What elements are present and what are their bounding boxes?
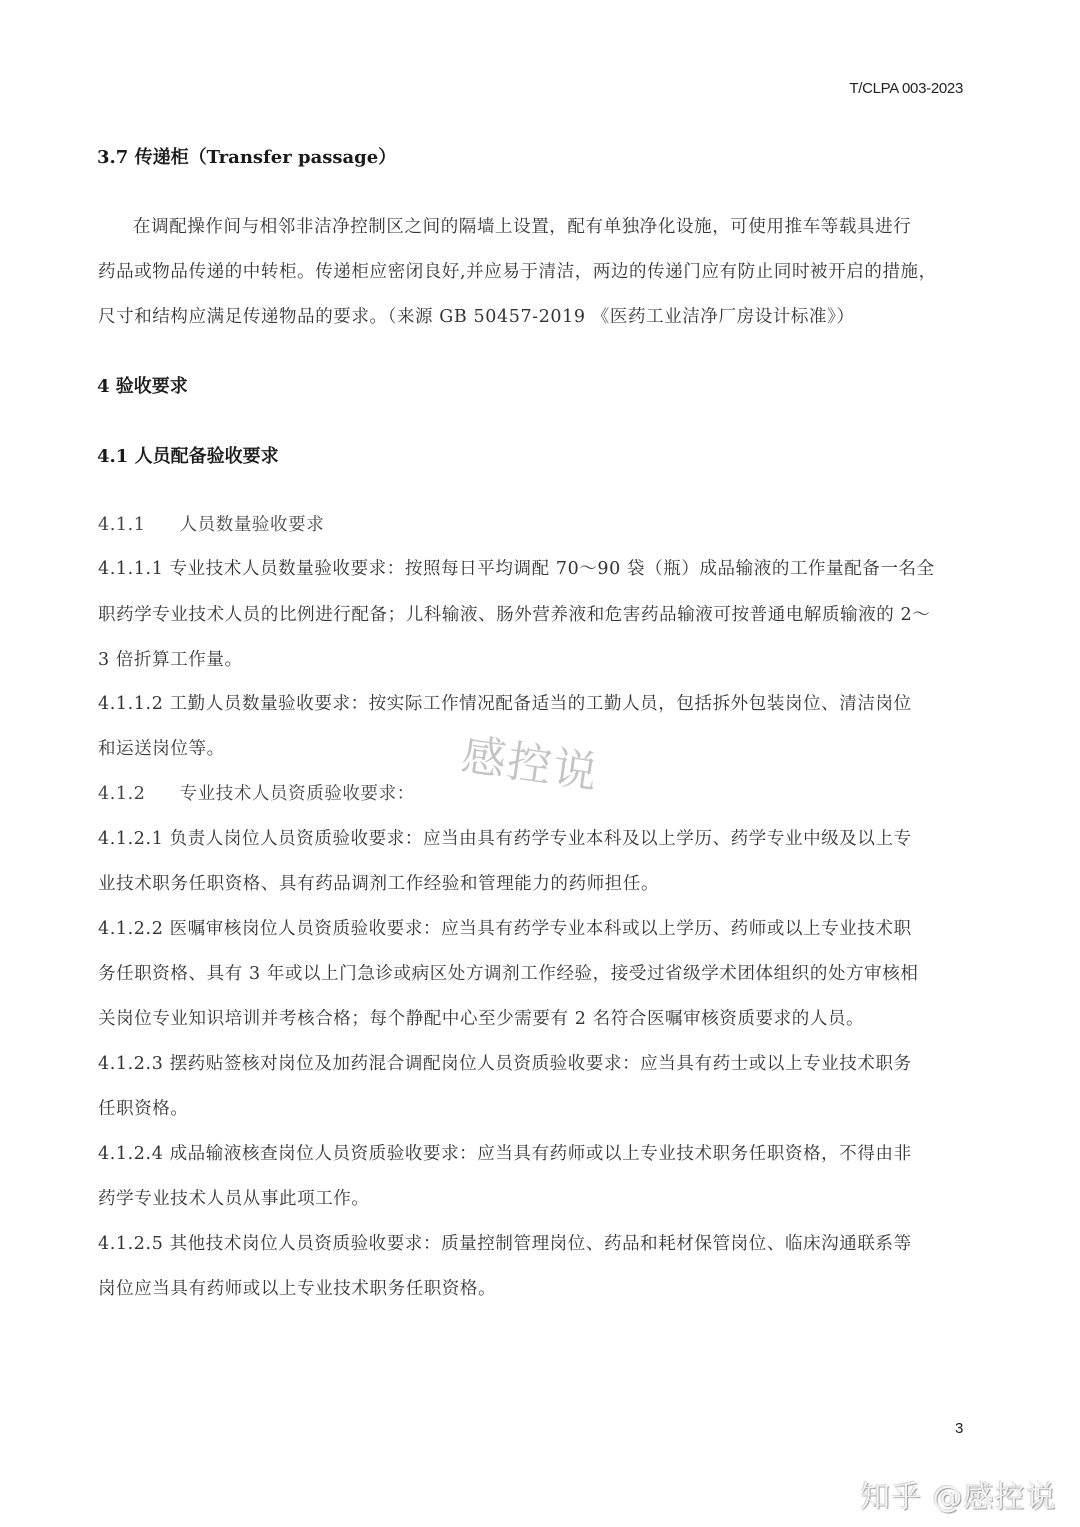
paragraph-line: 药品或物品传递的中转柜。传递柜应密闭良好,并应易于清洁，两边的传递门应有防止同时… — [98, 258, 937, 283]
clause-4-1-1-1-line: 职药学专业技术人员的比例进行配备；儿科输液、肠外营养液和危害药品输液可按普通电解… — [98, 601, 930, 626]
clause-4-1-2-4-line: 药学专业技术人员从事此项工作。 — [98, 1185, 370, 1210]
clause-4-1-2-2-line: 务任职资格、具有 3 年或以上门急诊或病区处方调剂工作经验，接受过省级学术团体组… — [98, 960, 918, 985]
subsection-title: 人员数量验收要求 — [180, 515, 325, 535]
section-heading-3-7: 3.7 传递柜（Transfer passage） — [97, 143, 396, 169]
section-heading-4: 4 验收要求 — [97, 372, 188, 398]
subsection-heading-4-1-2: 4.1.2专业技术人员资质验收要求： — [98, 780, 415, 805]
subsection-heading-4-1-1: 4.1.1人员数量验收要求 — [98, 511, 324, 536]
clause-4-1-2-5-line: 4.1.2.5 其他技术岗位人员资质验收要求：质量控制管理岗位、药品和耗材保管岗… — [98, 1230, 912, 1255]
clause-4-1-2-2-line: 关岗位专业知识培训并考核合格；每个静配中心至少需要有 2 名符合医嘱审核资质要求… — [98, 1005, 864, 1030]
clause-4-1-1-1-line: 4.1.1.1 专业技术人员数量验收要求：按照每日平均调配 70～90 袋（瓶）… — [98, 555, 935, 580]
document-code: T/CLPA 003-2023 — [849, 80, 963, 97]
subsection-title: 专业技术人员资质验收要求： — [180, 784, 415, 804]
clause-4-1-2-4-line: 4.1.2.4 成品输液核查岗位人员资质验收要求：应当具有药师或以上专业技术职务… — [98, 1140, 912, 1165]
section-heading-4-1: 4.1 人员配备验收要求 — [97, 442, 279, 468]
clause-4-1-2-2-line: 4.1.2.2 医嘱审核岗位人员资质验收要求：应当具有药学专业本科或以上学历、药… — [98, 915, 912, 940]
clause-4-1-1-1-line: 3 倍折算工作量。 — [98, 646, 243, 671]
clause-4-1-2-5-line: 岗位应当具有药师或以上专业技术职务任职资格。 — [98, 1275, 496, 1300]
zhihu-watermark: 知乎 @感控说 — [860, 1472, 1057, 1516]
subsection-number: 4.1.1 — [98, 515, 146, 535]
clause-4-1-1-2-line: 和运送岗位等。 — [98, 735, 225, 760]
clause-4-1-2-3-line: 任职资格。 — [98, 1095, 189, 1120]
page-number: 3 — [955, 1420, 963, 1437]
center-watermark: 感控说 — [458, 719, 604, 802]
clause-4-1-2-1-line: 业技术职务任职资格、具有药品调剂工作经验和管理能力的药师担任。 — [98, 870, 659, 895]
clause-4-1-1-2-line: 4.1.1.2 工勤人员数量验收要求：按实际工作情况配备适当的工勤人员，包括拆外… — [98, 690, 912, 715]
paragraph-line: 在调配操作间与相邻非洁净控制区之间的隔墙上设置，配有单独净化设施，可使用推车等载… — [133, 213, 911, 238]
subsection-number: 4.1.2 — [98, 784, 146, 804]
clause-4-1-2-1-line: 4.1.2.1 负责人岗位人员资质验收要求：应当由具有药学专业本科及以上学历、药… — [98, 825, 912, 850]
paragraph-line: 尺寸和结构应满足传递物品的要求。（来源 GB 50457-2019 《医药工业洁… — [98, 303, 855, 328]
clause-4-1-2-3-line: 4.1.2.3 摆药贴签核对岗位及加药混合调配岗位人员资质验收要求：应当具有药士… — [98, 1050, 912, 1075]
